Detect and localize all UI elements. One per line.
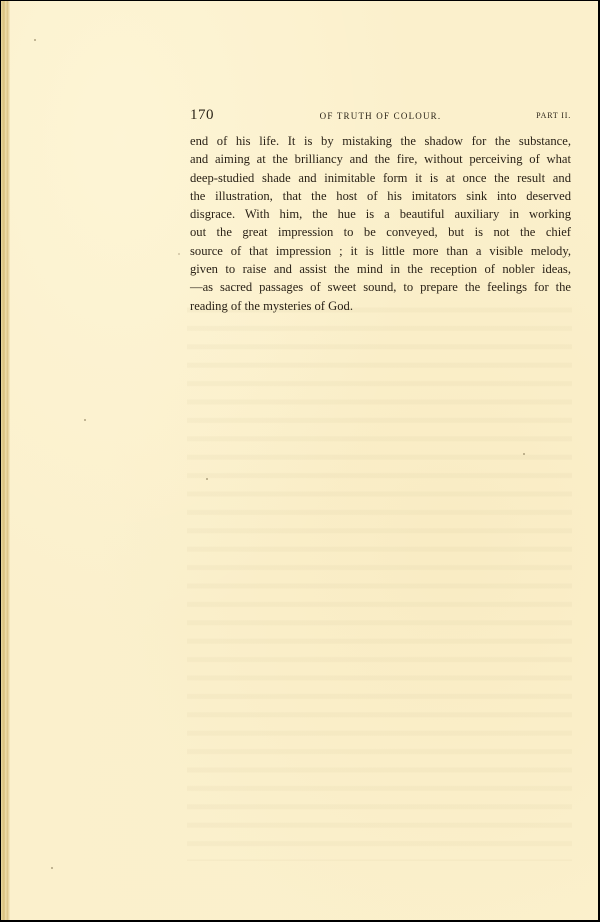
text-line: given to raise and assist the mind in th…: [190, 260, 571, 278]
text-line: out the great impression to be conveyed,…: [190, 223, 571, 241]
paper-speck: [51, 867, 53, 869]
text-line: disgrace. With him, the hue is a beautif…: [190, 205, 571, 223]
paper-speck: [206, 478, 208, 480]
paper-speck: [523, 453, 525, 455]
text-line: —as sacred passages of sweet sound, to p…: [190, 278, 571, 296]
paper-speck: [178, 253, 180, 255]
text-line: the illustration, that the host of his i…: [190, 187, 571, 205]
scanned-book-page: 170 OF TRUTH OF COLOUR. PART II. end of …: [1, 1, 598, 920]
running-title: OF TRUTH OF COLOUR.: [190, 111, 571, 121]
text-line: source of that impression ; it is little…: [190, 242, 571, 260]
paper-speck: [34, 39, 36, 41]
text-line-final: reading of the mysteries of God.: [190, 297, 571, 315]
running-header: 170 OF TRUTH OF COLOUR. PART II.: [190, 107, 571, 127]
part-label: PART II.: [536, 111, 571, 120]
binding-gutter: [1, 1, 10, 920]
text-line: deep-studied shade and inimitable form i…: [190, 169, 571, 187]
reverse-side-bleed-through: [187, 301, 572, 861]
text-line: and aiming at the brilliancy and the fir…: [190, 150, 571, 168]
body-paragraph: end of his life. It is by mistaking the …: [190, 132, 571, 315]
text-line: end of his life. It is by mistaking the …: [190, 132, 571, 150]
paper-speck: [84, 419, 86, 421]
